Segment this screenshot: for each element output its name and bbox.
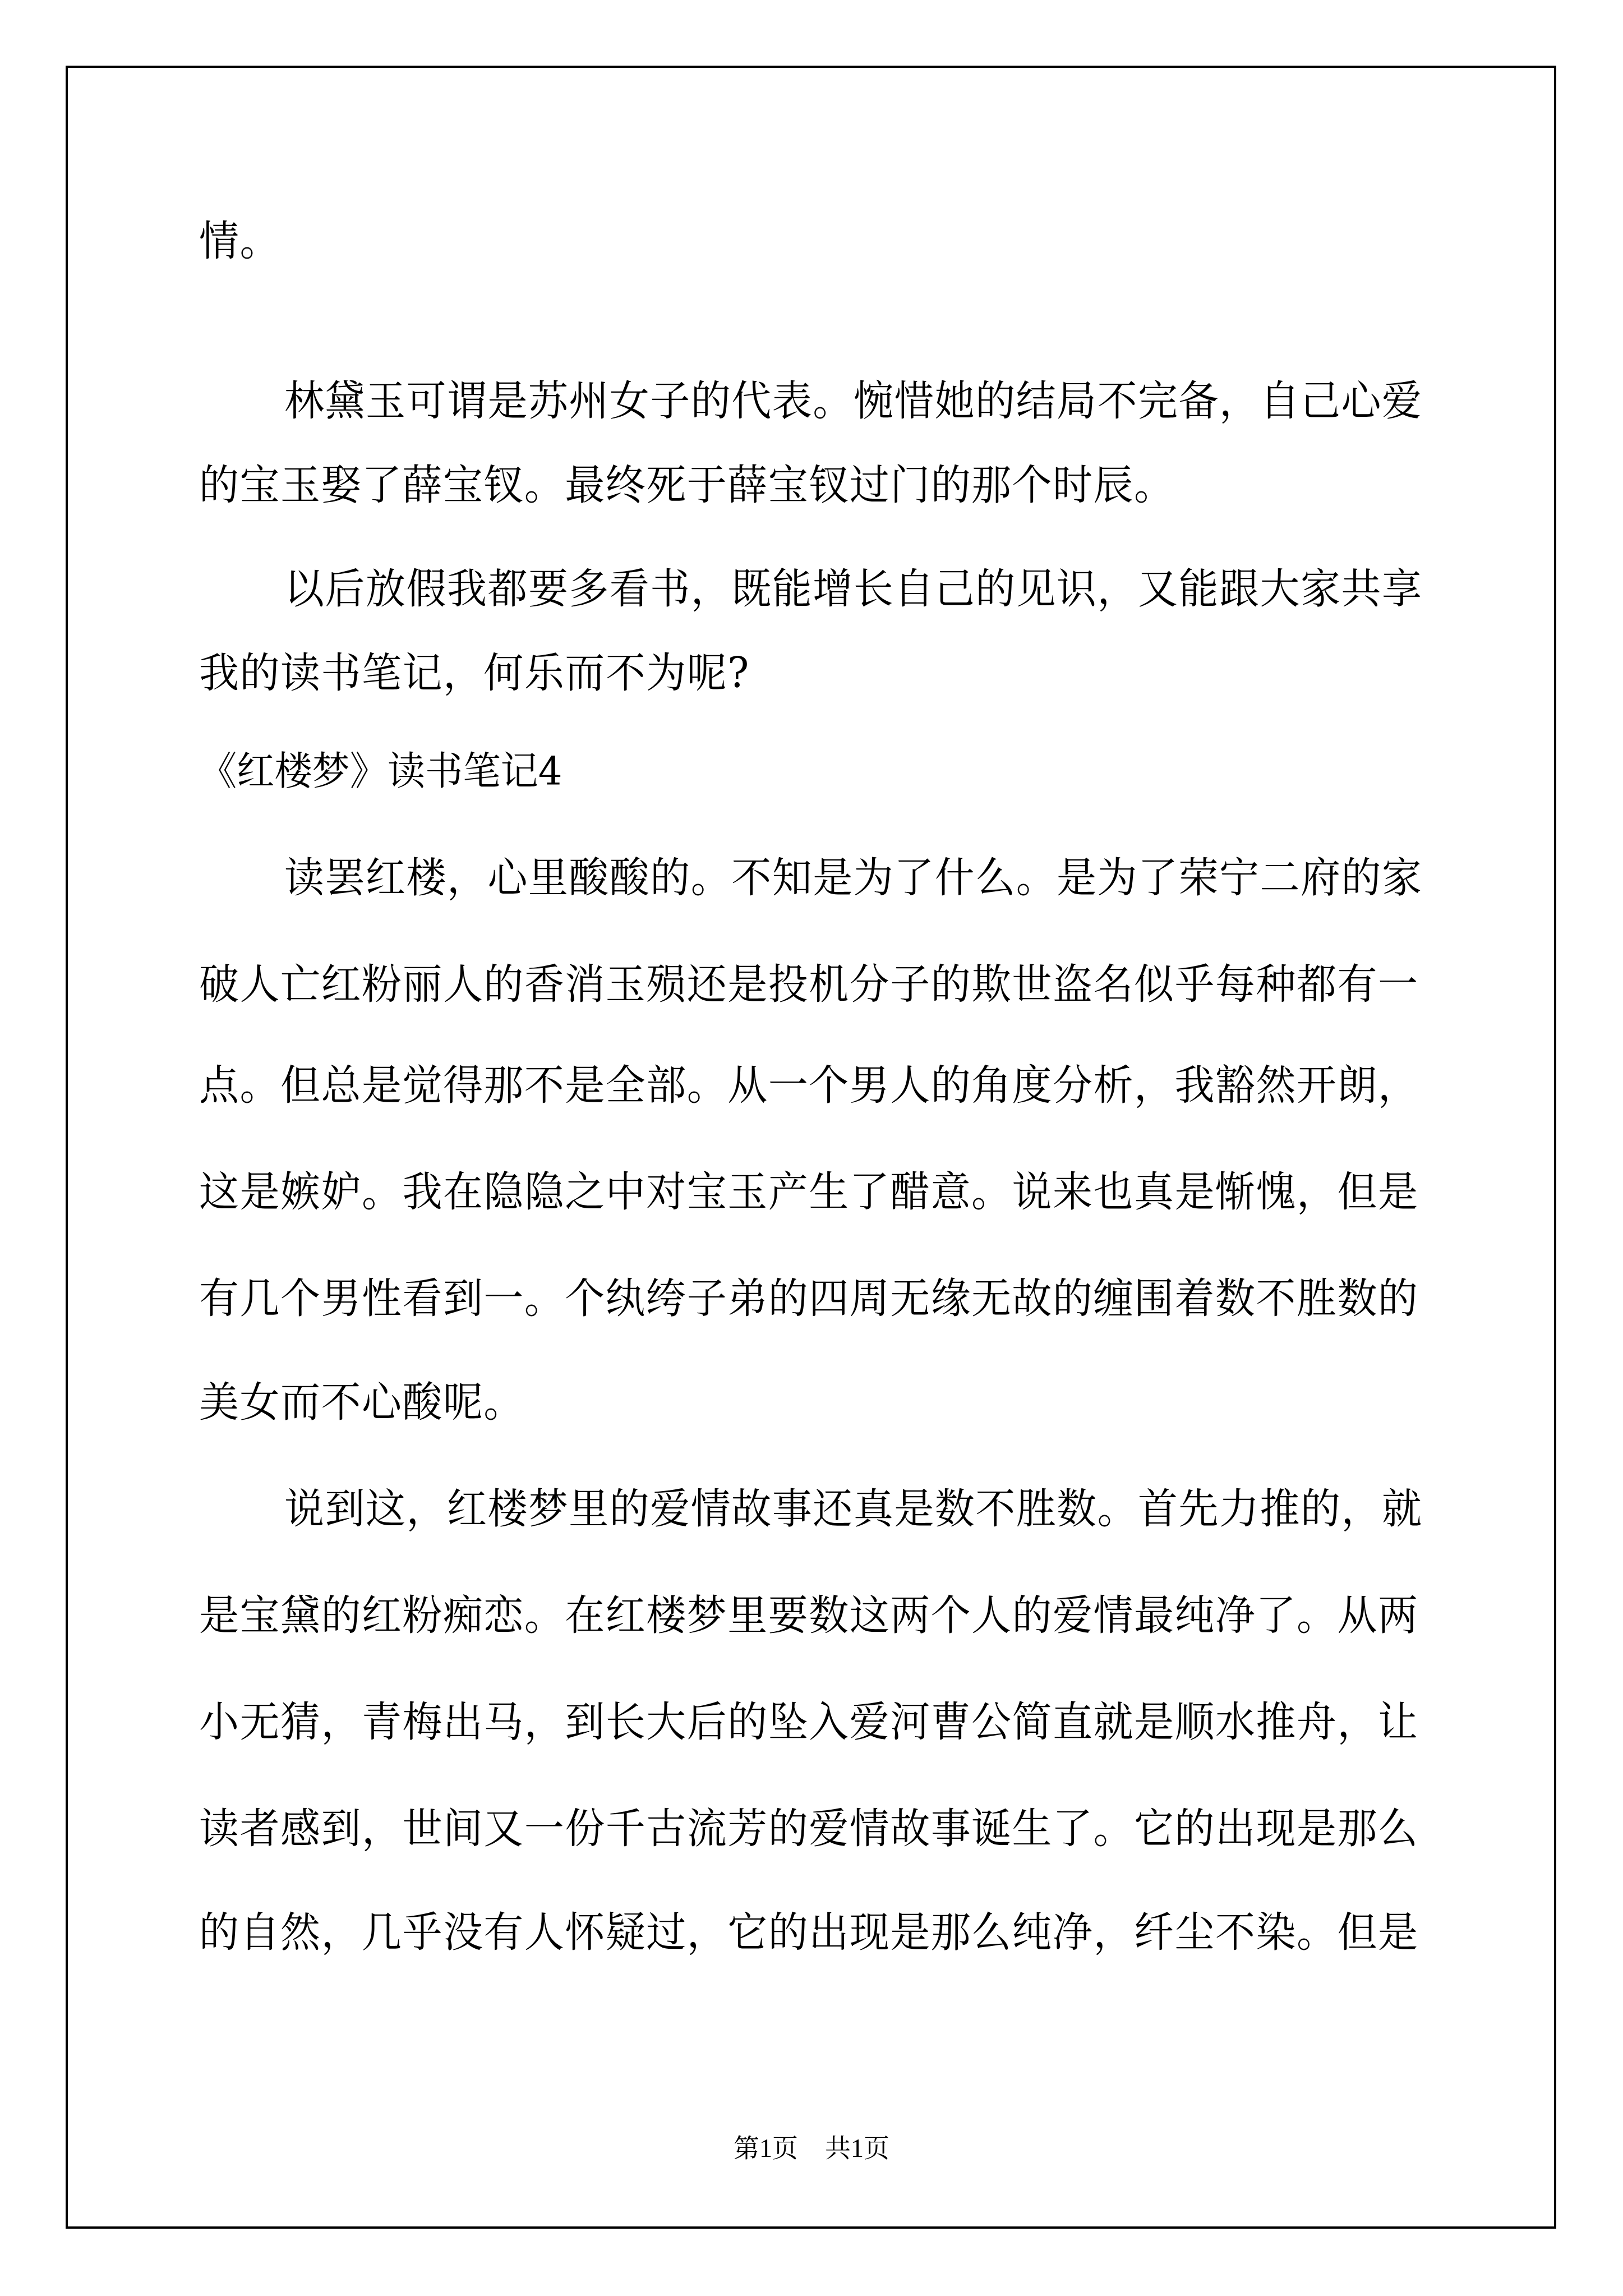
- text-line: 这是嫉妒。我在隐隐之中对宝玉产生了醋意。说来也真是惭愧，但是: [199, 1164, 1418, 1220]
- text-line: 我的读书笔记，何乐而不为呢?: [199, 645, 750, 701]
- text-line: 的自然，几乎没有人怀疑过，它的出现是那么纯净，纤尘不染。但是: [199, 1904, 1418, 1961]
- text-line: 情。: [199, 213, 280, 269]
- text-line: 有几个男性看到一。个纨绔子弟的四周无缘无故的缠围着数不胜数的: [199, 1271, 1418, 1327]
- text-line: 的宝玉娶了薛宝钗。最终死于薛宝钗过门的那个时辰。: [199, 457, 1175, 513]
- text-line: 美女而不心酸呢。: [199, 1374, 524, 1430]
- paragraph-line: 说到这，红楼梦里的爱情故事还真是数不胜数。首先力推的，就: [284, 1481, 1422, 1537]
- text-line: 小无猜，青梅出马，到长大后的坠入爱河曹公简直就是顺水推舟，让: [199, 1694, 1418, 1750]
- page-footer: 第1页共1页: [0, 2132, 1623, 2165]
- paragraph-line: 林黛玉可谓是苏州女子的代表。惋惜她的结局不完备，自己心爱: [284, 373, 1422, 429]
- paragraph-line: 以后放假我都要多看书，既能增长自己的见识，又能跟大家共享: [284, 561, 1422, 617]
- section-heading: 《红楼梦》读书笔记4: [199, 743, 562, 799]
- current-page-label: 第1页: [734, 2132, 798, 2165]
- total-pages-label: 共1页: [825, 2132, 889, 2165]
- text-line: 破人亡红粉丽人的香消玉殒还是投机分子的欺世盗名似乎每种都有一: [199, 956, 1418, 1013]
- text-line: 读者感到，世间又一份千古流芳的爱情故事诞生了。它的出现是那么: [199, 1801, 1418, 1857]
- text-line: 点。但总是觉得那不是全部。从一个男人的角度分析，我豁然开朗，: [199, 1057, 1418, 1114]
- paragraph-line: 读罢红楼，心里酸酸的。不知是为了什么。是为了荣宁二府的家: [284, 850, 1422, 906]
- text-line: 是宝黛的红粉痴恋。在红楼梦里要数这两个人的爱情最纯净了。从两: [199, 1588, 1418, 1644]
